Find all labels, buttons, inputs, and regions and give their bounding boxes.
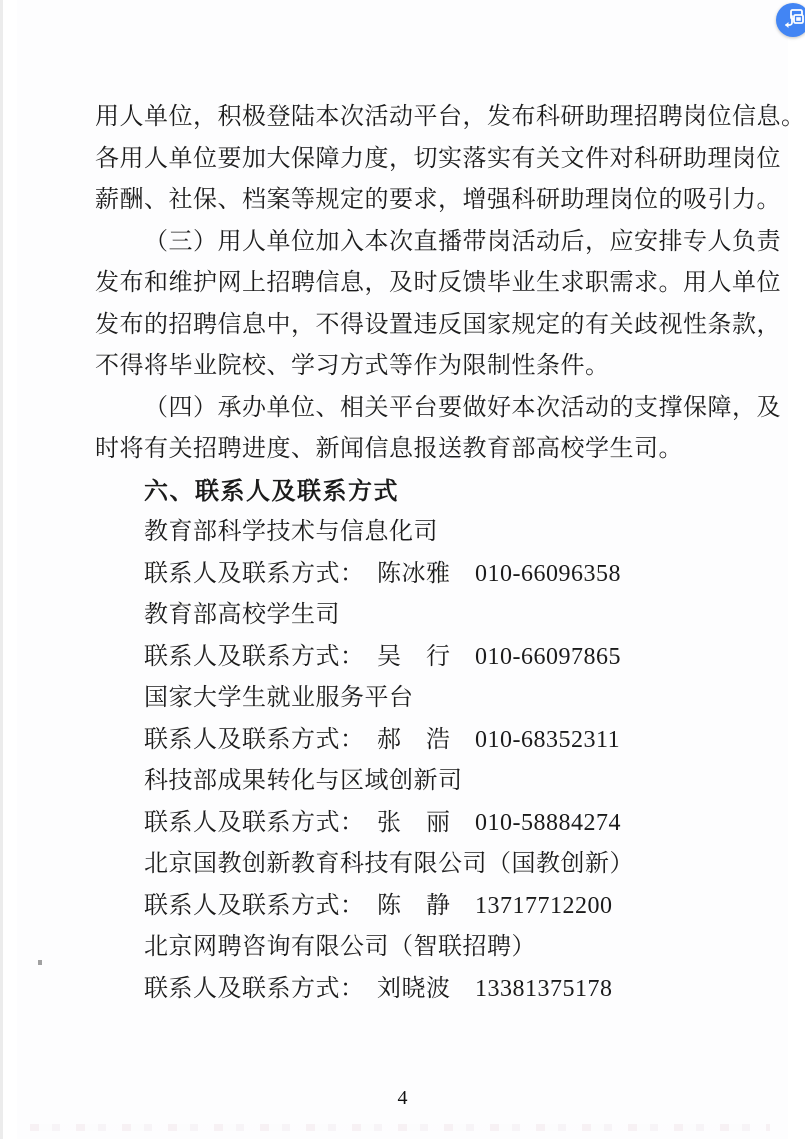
section-heading-contacts: 六、联系人及联系方式 (95, 471, 770, 513)
paragraph-line: 薪酬、社保、档案等规定的要求，增强科研助理岗位的吸引力。 (95, 180, 770, 222)
org-name: 教育部科学技术与信息化司 (95, 512, 770, 554)
contact-line: 联系人及联系方式： 张 丽 010-58884274 (95, 803, 770, 845)
org-name: 北京国教创新教育科技有限公司（国教创新） (95, 844, 770, 886)
contact-line: 联系人及联系方式： 郝 浩 010-68352311 (95, 720, 770, 762)
contact-line: 联系人及联系方式： 陈 静 13717712200 (95, 886, 770, 928)
paragraph-line-item-three: （三）用人单位加入本次直播带岗活动后，应安排专人负责 (95, 222, 770, 264)
paragraph-line: 发布和维护网上招聘信息，及时反馈毕业生求职需求。用人单位 (95, 263, 770, 305)
page-number: 4 (0, 1087, 805, 1110)
contact-line: 联系人及联系方式： 刘晓波 13381375178 (95, 969, 770, 1011)
org-name: 国家大学生就业服务平台 (95, 678, 770, 720)
paragraph-line: 不得将毕业院校、学习方式等作为限制性条件。 (95, 346, 770, 388)
scan-noise-band (30, 1124, 770, 1131)
image-popout-button[interactable] (776, 3, 805, 37)
paragraph-line: 发布的招聘信息中，不得设置违反国家规定的有关歧视性条款， (95, 305, 770, 347)
paragraph-line-item-four: （四）承办单位、相关平台要做好本次活动的支撑保障，及 (95, 388, 770, 430)
scan-left-edge (0, 0, 3, 1139)
org-name: 教育部高校学生司 (95, 595, 770, 637)
paragraph-line: 各用人单位要加大保障力度，切实落实有关文件对科研助理岗位 (95, 139, 770, 181)
document-body: 用人单位，积极登陆本次活动平台，发布科研助理招聘岗位信息。 各用人单位要加大保障… (95, 97, 770, 1010)
contact-line: 联系人及联系方式： 吴 行 010-66097865 (95, 637, 770, 679)
org-name: 北京网聘咨询有限公司（智联招聘） (95, 927, 770, 969)
scan-artifact-dot (38, 960, 42, 965)
paragraph-line: 用人单位，积极登陆本次活动平台，发布科研助理招聘岗位信息。 (95, 97, 770, 139)
contact-line: 联系人及联系方式： 陈冰雅 010-66096358 (95, 554, 770, 596)
document-page: 用人单位，积极登陆本次活动平台，发布科研助理招聘岗位信息。 各用人单位要加大保障… (0, 0, 805, 1139)
org-name: 科技部成果转化与区域创新司 (95, 761, 770, 803)
paragraph-line: 时将有关招聘进度、新闻信息报送教育部高校学生司。 (95, 429, 770, 471)
